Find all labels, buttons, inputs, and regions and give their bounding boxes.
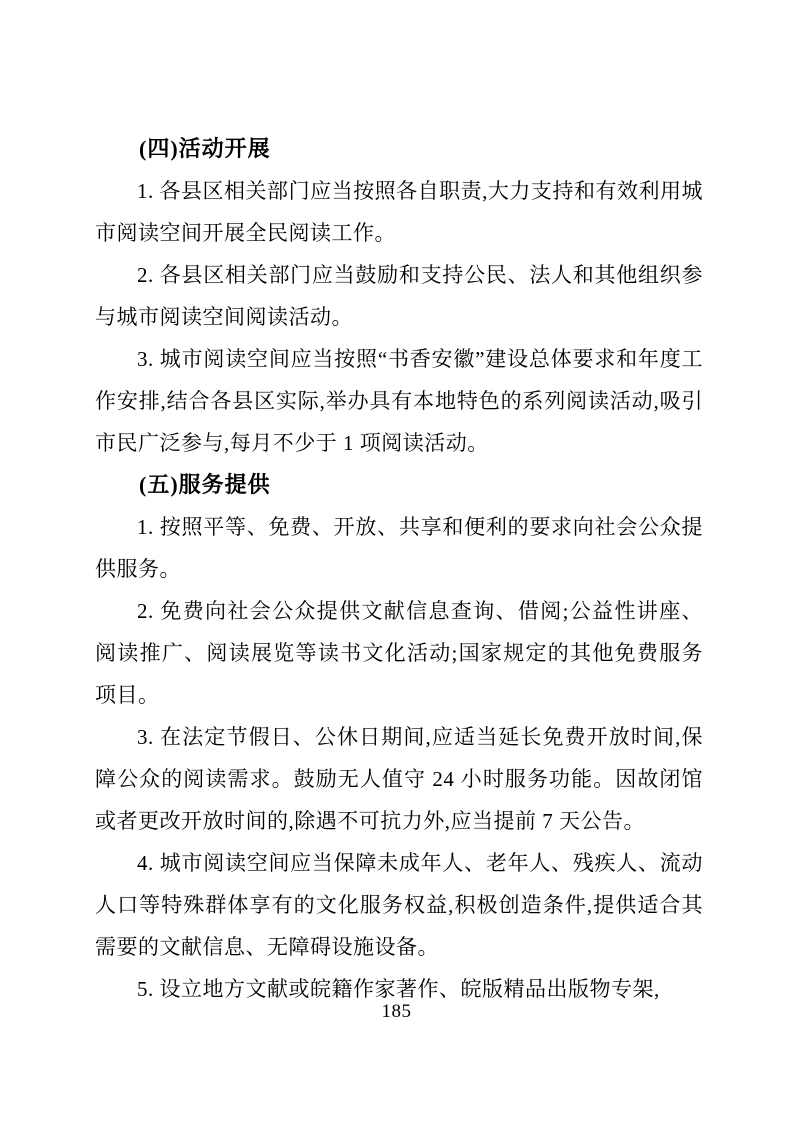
section-heading-activities: (四)活动开展 <box>95 128 703 170</box>
document-body: (四)活动开展 1. 各县区相关部门应当按照各自职责,大力支持和有效利用城市阅读… <box>95 128 703 1010</box>
paragraph: 4. 城市阅读空间应当保障未成年人、老年人、残疾人、流动人口等特殊群体享有的文化… <box>95 842 703 968</box>
paragraph: 2. 免费向社会公众提供文献信息查询、借阅;公益性讲座、阅读推广、阅读展览等读书… <box>95 590 703 716</box>
paragraph: 3. 在法定节假日、公休日期间,应适当延长免费开放时间,保障公众的阅读需求。鼓励… <box>95 716 703 842</box>
paragraph: 3. 城市阅读空间应当按照“书香安徽”建设总体要求和年度工作安排,结合各县区实际… <box>95 338 703 464</box>
document-page: (四)活动开展 1. 各县区相关部门应当按照各自职责,大力支持和有效利用城市阅读… <box>0 0 793 1122</box>
paragraph: 2. 各县区相关部门应当鼓励和支持公民、法人和其他组织参与城市阅读空间阅读活动。 <box>95 254 703 338</box>
section-heading-services: (五)服务提供 <box>95 464 703 506</box>
paragraph: 1. 按照平等、免费、开放、共享和便利的要求向社会公众提供服务。 <box>95 506 703 590</box>
paragraph: 1. 各县区相关部门应当按照各自职责,大力支持和有效利用城市阅读空间开展全民阅读… <box>95 170 703 254</box>
page-number: 185 <box>0 998 793 1026</box>
